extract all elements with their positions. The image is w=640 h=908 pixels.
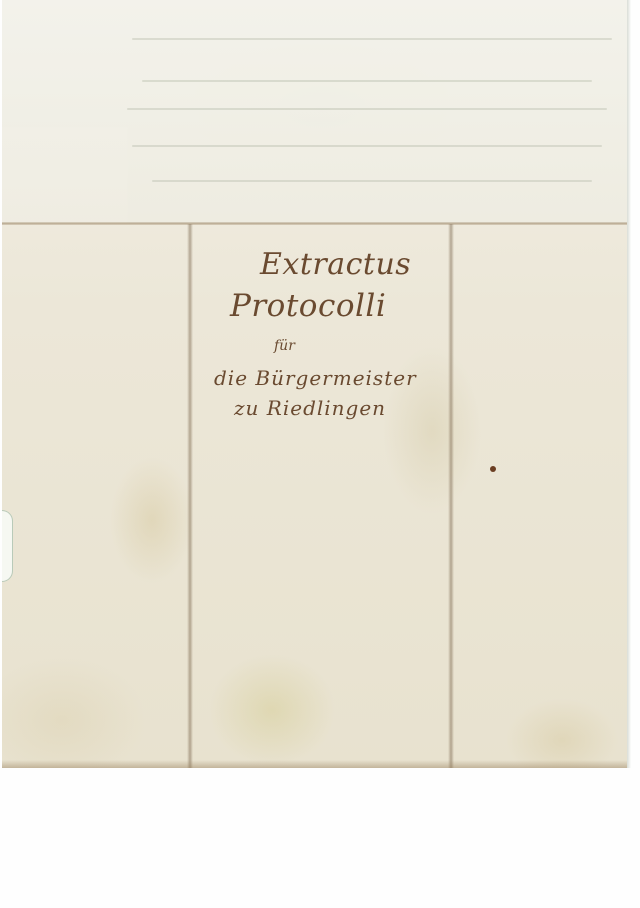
bleed-through-line bbox=[127, 108, 607, 110]
text-die-buergermeister: die Bürgermeister bbox=[214, 366, 417, 390]
scan-edge-shadow bbox=[627, 0, 631, 768]
bleed-through-line bbox=[132, 38, 612, 40]
seal-remnant bbox=[2, 510, 13, 582]
title-protocolli: Protocolli bbox=[230, 288, 386, 324]
title-extractus: Extractus bbox=[260, 247, 411, 282]
bleed-through-line bbox=[152, 180, 592, 182]
text-zu-riedlingen: zu Riedlingen bbox=[234, 396, 386, 420]
bleed-through-line bbox=[142, 80, 592, 82]
right-fold-line bbox=[448, 224, 454, 768]
ink-spot bbox=[490, 466, 496, 472]
top-flap-faded-text bbox=[2, 0, 627, 223]
left-fold-line bbox=[187, 224, 193, 768]
bottom-edge bbox=[2, 760, 627, 768]
document-sheet: Extractus Protocolli für die Bürgermeist… bbox=[2, 0, 627, 768]
bleed-through-line bbox=[132, 145, 602, 147]
horizontal-fold-line bbox=[2, 222, 627, 225]
text-fuer: für bbox=[274, 338, 295, 354]
